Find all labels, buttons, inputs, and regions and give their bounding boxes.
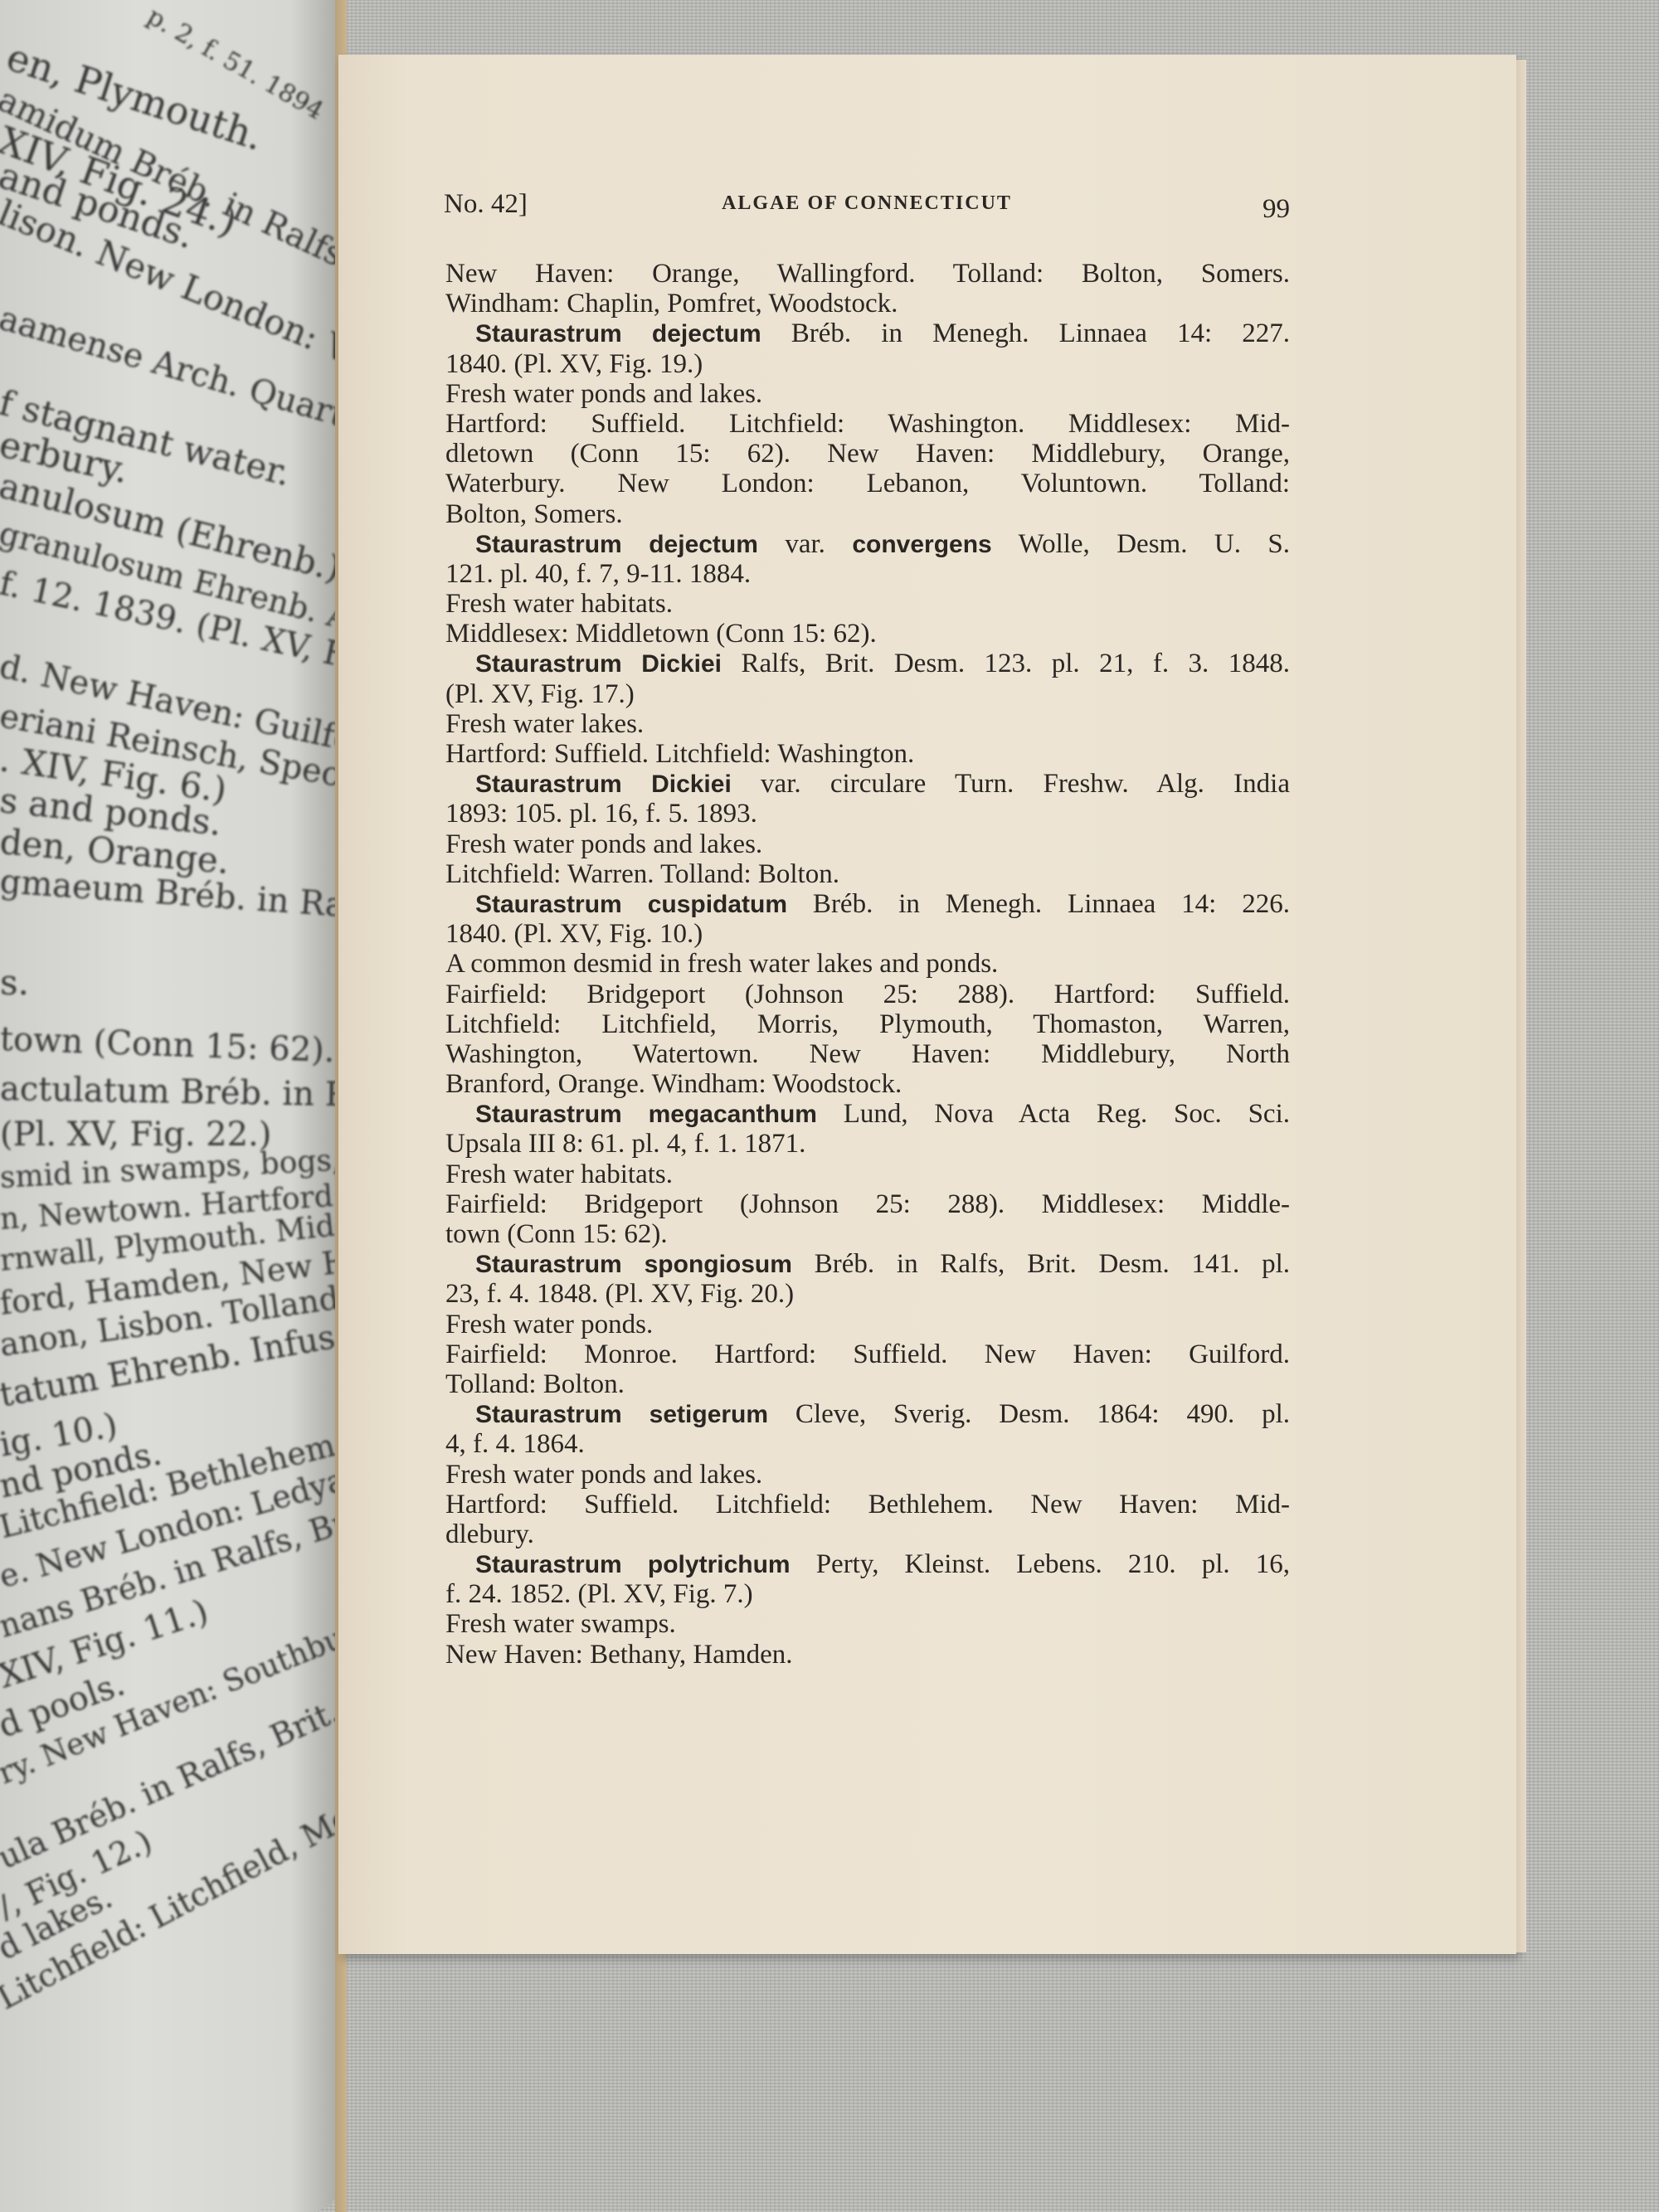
text-segment: A common desmid in fresh water lakes and… (445, 949, 998, 979)
species-entry-line: Staurastrum Dickiei Ralfs, Brit. Desm. 1… (445, 649, 1290, 678)
text-segment: Fresh water ponds and lakes. (445, 379, 762, 409)
text-line: Fresh water habitats. (445, 589, 1290, 619)
species-entry-line: Staurastrum spongiosum Bréb. in Ralfs, B… (445, 1249, 1290, 1279)
species-name: Staurastrum dejectum (475, 531, 758, 558)
text-segment: Windham: Chaplin, Pomfret, Woodstock. (445, 289, 898, 318)
text-line: 4, f. 4. 1864. (445, 1429, 1290, 1459)
text-segment: dlebury. (445, 1519, 534, 1549)
text-line: Fresh water ponds. (445, 1310, 1290, 1339)
species-entry-line: Staurastrum cuspidatum Bréb. in Menegh. … (445, 889, 1290, 919)
species-entry-line: Staurastrum megacanthum Lund, Nova Acta … (445, 1099, 1290, 1129)
species-entry-line: Staurastrum Dickiei var. circulare Turn.… (445, 769, 1290, 799)
text-segment: var. circulare Turn. Freshw. Alg. India (732, 769, 1290, 799)
text-segment: Hartford: Suffield. Litchfield: Washingt… (445, 409, 1290, 439)
text-segment: dletown (Conn 15: 62). New Haven: Middle… (445, 439, 1290, 469)
text-line: Litchfield: Warren. Tolland: Bolton. (445, 859, 1290, 889)
text-segment: Fresh water ponds and lakes. (445, 829, 762, 859)
text-line: (Pl. XV, Fig. 17.) (445, 679, 1290, 709)
text-line: Fresh water ponds and lakes. (445, 829, 1290, 859)
text-line: Litchfield: Litchfield, Morris, Plymouth… (445, 1009, 1290, 1039)
text-line: Fairfield: Monroe. Hartford: Suffield. N… (445, 1339, 1290, 1369)
text-segment: New Haven: Orange, Wallingford. Tolland:… (445, 259, 1290, 289)
text-segment: Fresh water habitats. (445, 1159, 673, 1189)
text-line: New Haven: Orange, Wallingford. Tolland:… (445, 259, 1290, 289)
text-segment: Fairfield: Monroe. Hartford: Suffield. N… (445, 1339, 1290, 1369)
species-name: Staurastrum cuspidatum (475, 891, 787, 918)
text-segment: town (Conn 15: 62). (445, 1219, 668, 1249)
text-line: dletown (Conn 15: 62). New Haven: Middle… (445, 439, 1290, 469)
text-line: Fairfield: Bridgeport (Johnson 25: 288).… (445, 980, 1290, 1009)
text-segment: 1840. (Pl. XV, Fig. 19.) (445, 349, 703, 379)
text-line: Waterbury. New London: Lebanon, Voluntow… (445, 469, 1290, 498)
running-head: No. 42] ALGAE OF CONNECTICUT 99 (444, 189, 1290, 222)
text-segment: Litchfield: Warren. Tolland: Bolton. (445, 859, 839, 889)
species-name: Staurastrum megacanthum (475, 1101, 817, 1128)
left-page-text-fragment: town (Conn 15: 62). (0, 1020, 335, 1070)
page-number: 99 (1262, 194, 1290, 225)
text-line: Washington, Watertown. New Haven: Middle… (445, 1039, 1290, 1069)
text-line: Branford, Orange. Windham: Woodstock. (445, 1069, 1290, 1099)
species-name: Staurastrum spongiosum (475, 1251, 792, 1278)
left-page-curled: en, Plymouth.p. 2, f. 51. 1894amidum Bré… (0, 0, 342, 2212)
text-line: Fresh water ponds and lakes. (445, 1460, 1290, 1490)
species-name: Staurastrum dejectum (475, 320, 761, 348)
text-segment: Tolland: Bolton. (445, 1369, 625, 1399)
text-line: Fresh water ponds and lakes. (445, 379, 1290, 409)
text-segment: Hartford: Suffield. Litchfield: Washingt… (445, 739, 914, 769)
text-line: Bolton, Somers. (445, 499, 1290, 529)
text-line: 1840. (Pl. XV, Fig. 10.) (445, 919, 1290, 949)
text-segment: (Pl. XV, Fig. 17.) (445, 679, 635, 709)
text-segment: 23, f. 4. 1848. (Pl. XV, Fig. 20.) (445, 1279, 794, 1309)
text-segment: var. (758, 529, 852, 559)
text-segment: 1840. (Pl. XV, Fig. 10.) (445, 919, 703, 949)
species-entry-line: Staurastrum dejectum var. convergens Wol… (445, 529, 1290, 559)
text-segment: Washington, Watertown. New Haven: Middle… (445, 1039, 1290, 1069)
left-page-text-fragment: s. (0, 962, 29, 1003)
text-line: town (Conn 15: 62). (445, 1219, 1290, 1249)
text-line: Tolland: Bolton. (445, 1369, 1290, 1399)
text-segment: Fairfield: Bridgeport (Johnson 25: 288).… (445, 980, 1290, 1009)
text-segment: Fresh water habitats. (445, 589, 673, 619)
text-segment: Fairfield: Bridgeport (Johnson 25: 288).… (445, 1189, 1290, 1219)
text-segment: f. 24. 1852. (Pl. XV, Fig. 7.) (445, 1579, 753, 1609)
text-line: 1840. (Pl. XV, Fig. 19.) (445, 349, 1290, 379)
text-segment: Cleve, Sverig. Desm. 1864: 490. pl. (768, 1399, 1290, 1429)
left-page-text-fragment: actulatum Bréb. in Ralfs, Brit. Desm. (0, 1070, 342, 1119)
text-segment: New Haven: Bethany, Hamden. (445, 1640, 792, 1670)
text-line: Hartford: Suffield. Litchfield: Washingt… (445, 739, 1290, 769)
text-segment: Perty, Kleinst. Lebens. 210. pl. 16, (791, 1549, 1290, 1579)
text-line: New Haven: Bethany, Hamden. (445, 1640, 1290, 1670)
text-segment: Wolle, Desm. U. S. (992, 529, 1290, 559)
body-text: New Haven: Orange, Wallingford. Tolland:… (445, 259, 1290, 1670)
text-segment: 1893: 105. pl. 16, f. 5. 1893. (445, 799, 757, 829)
text-line: Hartford: Suffield. Litchfield: Bethlehe… (445, 1490, 1290, 1519)
text-segment: Litchfield: Litchfield, Morris, Plymouth… (445, 1009, 1290, 1039)
left-page-text-fragment: gmaeum Bréb. in Ralfs, Brit. Desm. (0, 863, 342, 942)
right-page-edge (1516, 60, 1526, 1952)
text-segment: Branford, Orange. Windham: Woodstock. (445, 1069, 902, 1099)
text-line: Windham: Chaplin, Pomfret, Woodstock. (445, 289, 1290, 318)
text-segment: Middlesex: Middletown (Conn 15: 62). (445, 619, 877, 649)
text-segment: Bréb. in Menegh. Linnaea 14: 226. (787, 889, 1290, 919)
text-line: A common desmid in fresh water lakes and… (445, 949, 1290, 979)
text-line: f. 24. 1852. (Pl. XV, Fig. 7.) (445, 1579, 1290, 1609)
species-name: Staurastrum Dickiei (475, 650, 722, 678)
text-line: Fresh water lakes. (445, 709, 1290, 739)
text-line: dlebury. (445, 1519, 1290, 1549)
text-line: Fairfield: Bridgeport (Johnson 25: 288).… (445, 1189, 1290, 1219)
species-name: Staurastrum Dickiei (475, 771, 732, 798)
text-segment: Fresh water ponds. (445, 1310, 653, 1339)
species-name: convergens (852, 531, 991, 558)
species-entry-line: Staurastrum dejectum Bréb. in Menegh. Li… (445, 318, 1290, 348)
text-segment: Bréb. in Menegh. Linnaea 14: 227. (761, 318, 1290, 348)
text-segment: 4, f. 4. 1864. (445, 1429, 585, 1459)
running-title: ALGAE OF CONNECTICUT (444, 192, 1290, 215)
text-segment: Lund, Nova Acta Reg. Soc. Sci. (817, 1099, 1290, 1129)
text-segment: Ralfs, Brit. Desm. 123. pl. 21, f. 3. 18… (722, 649, 1290, 678)
text-line: Fresh water habitats. (445, 1159, 1290, 1189)
text-line: 1893: 105. pl. 16, f. 5. 1893. (445, 799, 1290, 829)
text-segment: 121. pl. 40, f. 7, 9-11. 1884. (445, 559, 751, 589)
text-segment: Bolton, Somers. (445, 499, 623, 529)
species-name: Staurastrum polytrichum (475, 1551, 791, 1578)
species-entry-line: Staurastrum setigerum Cleve, Sverig. Des… (445, 1399, 1290, 1429)
text-segment: Bréb. in Ralfs, Brit. Desm. 141. pl. (792, 1249, 1290, 1279)
species-name: Staurastrum setigerum (475, 1401, 768, 1428)
text-line: 121. pl. 40, f. 7, 9-11. 1884. (445, 559, 1290, 589)
text-segment: Fresh water lakes. (445, 709, 644, 739)
text-line: Hartford: Suffield. Litchfield: Washingt… (445, 409, 1290, 439)
left-page-text-fragment: (Pl. XV, Fig. 22.) (0, 1116, 271, 1154)
text-segment: Upsala III 8: 61. pl. 4, f. 1. 1871. (445, 1129, 805, 1159)
text-segment: Fresh water ponds and lakes. (445, 1460, 762, 1490)
text-line: Upsala III 8: 61. pl. 4, f. 1. 1871. (445, 1129, 1290, 1159)
text-line: 23, f. 4. 1848. (Pl. XV, Fig. 20.) (445, 1279, 1290, 1309)
text-segment: Hartford: Suffield. Litchfield: Bethlehe… (445, 1490, 1290, 1519)
text-segment: Fresh water swamps. (445, 1609, 676, 1639)
text-line: Fresh water swamps. (445, 1609, 1290, 1639)
species-entry-line: Staurastrum polytrichum Perty, Kleinst. … (445, 1549, 1290, 1579)
text-line: Middlesex: Middletown (Conn 15: 62). (445, 619, 1290, 649)
text-segment: Waterbury. New London: Lebanon, Voluntow… (445, 469, 1290, 498)
